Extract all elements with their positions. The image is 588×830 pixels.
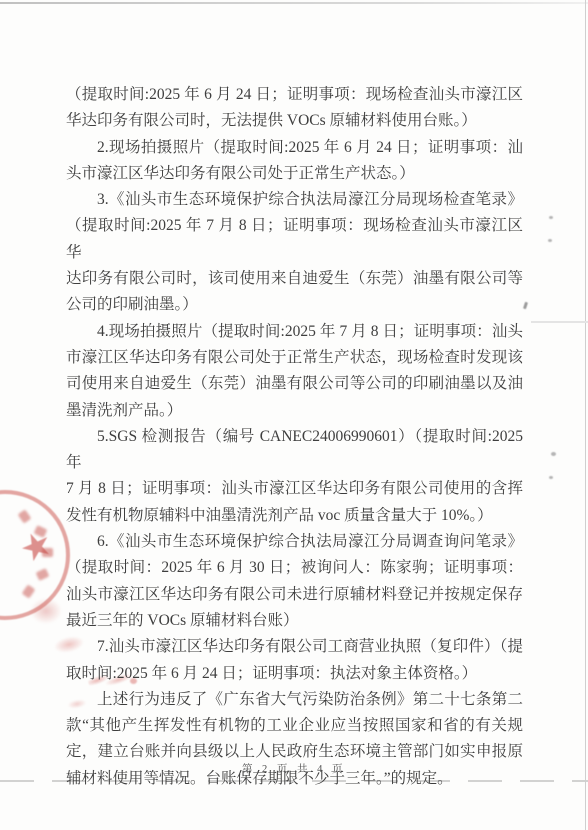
scan-streak (531, 321, 588, 323)
official-seal: ★ (0, 490, 70, 620)
seal-rim-character (36, 568, 50, 581)
document-line: 上述行为违反了《广东省大气污染防治条例》第二十七条第二 (66, 687, 523, 713)
document-line: 司使用来自迪爱生（东莞）油墨有限公司等公司的印刷油墨以及油 (66, 371, 523, 397)
document-line: 7 月 8 日；证明事项：汕头市濠江区华达印务有限公司使用的含挥 (66, 476, 523, 502)
document-line: 华达印务有限公司时，无法提供 VOCs 原辅材料使用台账。） (66, 108, 523, 134)
seal-rim-character (42, 548, 53, 557)
scan-speck (549, 216, 553, 219)
scan-edge-right (585, 0, 586, 830)
document-line: （提取时间：2025 年 6 月 30 日；被询问人：陈家驹；证明事项： (66, 555, 523, 581)
document-line: （提取时间:2025 年 7 月 8 日；证明事项：现场检查汕头市濠江区华 (66, 213, 523, 266)
scan-edge-top (0, 2, 588, 4)
page-number: 第 2 页 共 4 页 (0, 761, 588, 776)
document-line: 7.汕头市濠江区华达印务有限公司工商营业执照（复印件）（提 (66, 634, 523, 660)
document-line: 汕头市濠江区华达印务有限公司未进行原辅材料登记并按规定保存 (66, 582, 523, 608)
document-line: 3.《汕头市生态环境保护综合执法局濠江分局现场检查笔录》 (66, 187, 523, 213)
document-line: 5.SGS 检测报告（编号 CANEC24006990601）（提取时间:202… (66, 424, 523, 477)
document-line: 2.现场拍摄照片（提取时间:2025 年 6 月 24 日；证明事项：汕 (66, 135, 523, 161)
document-line: 头市濠江区华达印务有限公司处于正常生产状态。） (66, 161, 523, 187)
document-body: （提取时间:2025 年 6 月 24 日；证明事项：现场检查汕头市濠江区 华达… (66, 82, 523, 792)
scan-mark (523, 302, 528, 310)
scan-speck (549, 476, 553, 479)
document-line: 最近三年的 VOCs 原辅材料台账） (66, 608, 523, 634)
scan-speck (548, 239, 552, 242)
document-line: 发性有机物原辅料中油墨清洗剂产品 voc 质量含量大于 10%。） (66, 503, 523, 529)
document-line: 公司的印刷油墨。） (66, 292, 523, 318)
scanned-document-page: ★ （提取时间:2025 年 6 月 24 日；证明事项：现场检查汕头市濠江区 … (0, 0, 588, 830)
document-line: 墨清洗剂产品。） (66, 398, 523, 424)
document-line: （提取时间:2025 年 6 月 24 日；证明事项：现场检查汕头市濠江区 (66, 82, 523, 108)
document-line: 6.《汕头市生态环境保护综合执法局濠江分局调查询问笔录》 (66, 529, 523, 555)
document-line: 4.现场拍摄照片（提取时间:2025 年 7 月 8 日；证明事项：汕头 (66, 319, 523, 345)
document-line: 市濠江区华达印务有限公司处于正常生产状态，现场检查时发现该 (66, 345, 523, 371)
scan-speck (551, 452, 556, 456)
document-line: 款“其他产生挥发性有机物的工业企业应当按照国家和省的有关规 (66, 713, 523, 739)
document-line: 取时间:2025 年 6 月 24 日；证明事项：执法对象主体资格。） (66, 661, 523, 687)
seal-rim-character (18, 509, 32, 523)
document-line: 达印务有限公司时，该司使用来自迪爱生（东莞）油墨有限公司等 (66, 266, 523, 292)
seal-rim-character (22, 584, 36, 598)
